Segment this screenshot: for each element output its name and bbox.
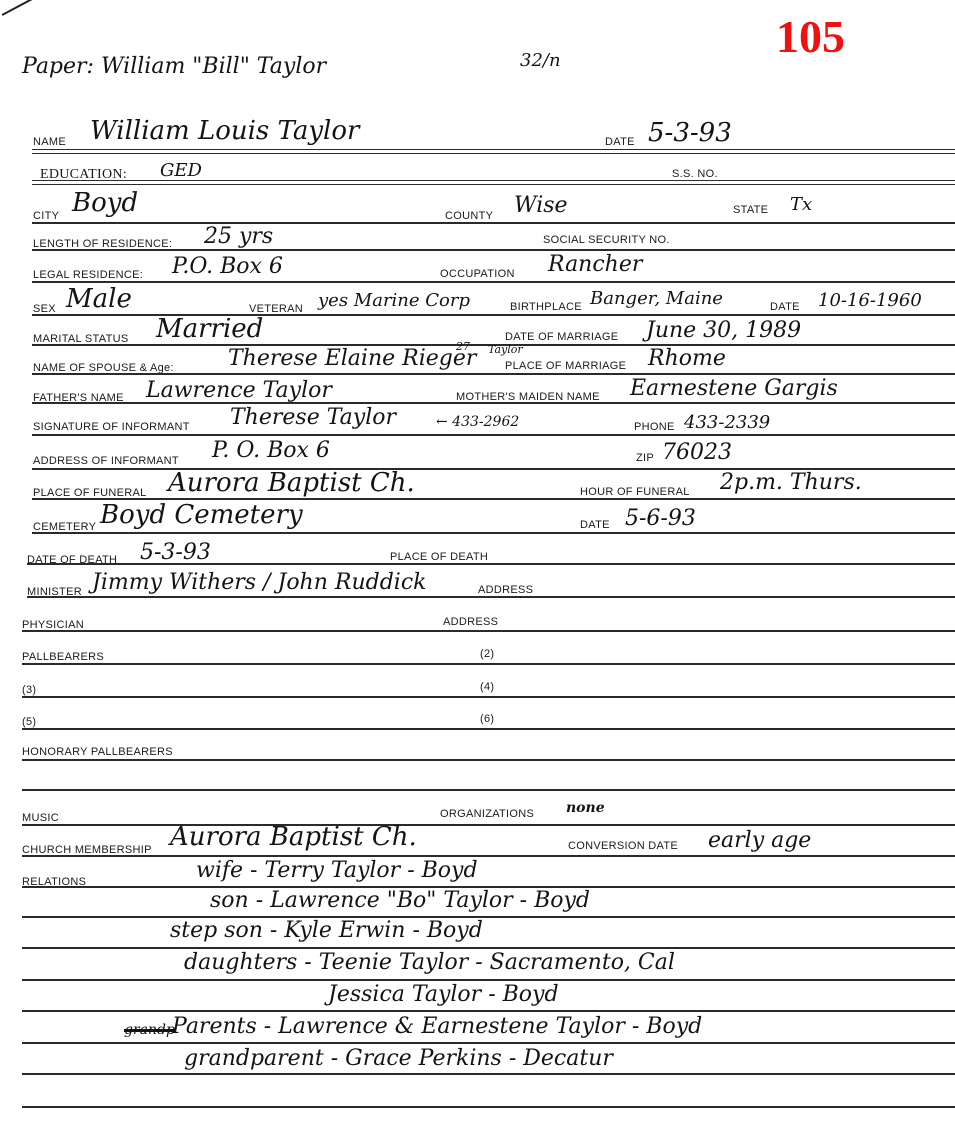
fathers-name-value: Lawrence Taylor — [146, 378, 332, 403]
length-of-residence-value: 25 yrs — [204, 224, 273, 249]
organizations-label: ORGANIZATIONS — [440, 808, 534, 820]
place-of-funeral-value: Aurora Baptist Ch. — [168, 468, 415, 498]
rule — [32, 149, 955, 150]
address-of-informant-label: ADDRESS OF INFORMANT — [33, 455, 179, 467]
date-of-death-value: 5-3-93 — [140, 540, 211, 565]
rule — [32, 180, 955, 181]
zip-label: ZIP — [636, 452, 654, 464]
rule — [32, 532, 955, 534]
rule — [32, 373, 955, 375]
county-label: COUNTY — [445, 210, 493, 222]
header-mark: 32/n — [520, 50, 561, 71]
conversion-date-label: CONVERSION DATE — [568, 840, 678, 852]
pallbearer-slot-3: (3) — [22, 684, 36, 696]
music-label: MUSIC — [22, 812, 59, 824]
birth-date-value: 10-16-1960 — [818, 290, 922, 311]
city-label: CITY — [33, 210, 59, 222]
rule — [22, 916, 955, 918]
funeral-date-label: DATE — [580, 519, 610, 531]
phone-value: 433-2339 — [684, 412, 770, 433]
signature-note: ← 433-2962 — [436, 414, 519, 430]
legal-residence-label: LEGAL RESIDENCE: — [33, 269, 143, 281]
legal-residence-value: P.O. Box 6 — [172, 254, 283, 279]
birth-date-label: DATE — [770, 301, 800, 313]
relation-struck-prefix: grandp — [124, 1022, 175, 1038]
rule — [22, 728, 955, 730]
relation-line: Jessica Taylor - Boyd — [328, 982, 559, 1007]
spouse-age: 27 — [456, 340, 470, 353]
county-value: Wise — [514, 193, 568, 218]
place-of-death-label: PLACE OF DEATH — [390, 551, 488, 563]
city-value: Boyd — [72, 188, 138, 218]
date-value: 5-3-93 — [648, 118, 732, 148]
conversion-date-value: early age — [708, 828, 811, 853]
pallbearer-slot-4: (4) — [480, 681, 494, 693]
date-of-marriage-label: DATE OF MARRIAGE — [505, 331, 618, 343]
corner-mark — [2, 0, 38, 15]
church-membership-value: Aurora Baptist Ch. — [170, 822, 417, 852]
place-of-marriage-value: Rhome — [648, 346, 726, 371]
rule — [27, 563, 955, 565]
relation-line: step son - Kyle Erwin - Boyd — [170, 918, 483, 943]
funeral-record-form: Paper: William "Bill" Taylor 32/n 105 NA… — [0, 0, 955, 1132]
rule — [22, 1042, 955, 1044]
rule — [32, 222, 955, 224]
rule — [32, 281, 955, 283]
rule — [22, 759, 955, 761]
zip-value: 76023 — [662, 440, 732, 465]
rule — [32, 402, 955, 404]
sex-value: Male — [66, 284, 132, 314]
header-note: Paper: William "Bill" Taylor — [22, 54, 326, 79]
pallbearer-slot-6: (6) — [480, 713, 494, 725]
spouse-note: Taylor — [488, 343, 523, 356]
spouse-value: Therese Elaine Rieger — [228, 346, 476, 371]
rule — [32, 434, 955, 436]
physician-address-label: ADDRESS — [443, 616, 498, 628]
honorary-pallbearers-label: HONORARY PALLBEARERS — [22, 746, 173, 758]
page-number: 105 — [776, 10, 845, 63]
funeral-date-value: 5-6-93 — [625, 506, 696, 531]
rule — [22, 855, 955, 857]
signature-value: Therese Taylor — [230, 405, 396, 430]
veteran-value: yes Marine Corp — [318, 290, 470, 311]
ss-no-label: S.S. NO. — [672, 168, 718, 180]
pallbearer-slot-5: (5) — [22, 716, 36, 728]
address-of-informant-value: P. O. Box 6 — [212, 438, 330, 463]
relation-line: son - Lawrence "Bo" Taylor - Boyd — [210, 888, 590, 913]
name-label: NAME — [33, 136, 66, 148]
name-value: William Louis Taylor — [90, 116, 359, 146]
hour-of-funeral-value: 2p.m. Thurs. — [720, 470, 862, 495]
minister-value: Jimmy Withers / John Ruddick — [92, 570, 426, 595]
rule — [22, 1010, 955, 1012]
rule — [32, 249, 955, 251]
relation-line: daughters - Teenie Taylor - Sacramento, … — [184, 950, 675, 975]
organizations-value: none — [566, 800, 605, 816]
rule — [22, 696, 955, 698]
rule — [27, 596, 955, 598]
date-label: DATE — [605, 136, 635, 148]
hour-of-funeral-label: HOUR OF FUNERAL — [580, 486, 690, 498]
rule — [22, 1106, 955, 1108]
relation-line: wife - Terry Taylor - Boyd — [196, 858, 478, 883]
relation-line: grandparent - Grace Perkins - Decatur — [184, 1046, 613, 1071]
cemetery-value: Boyd Cemetery — [100, 500, 303, 530]
occupation-label: OCCUPATION — [440, 268, 515, 280]
signature-label: SIGNATURE OF INFORMANT — [33, 421, 190, 433]
place-of-marriage-label: PLACE OF MARRIAGE — [505, 360, 626, 372]
education-value: GED — [160, 160, 202, 181]
birthplace-value: Banger, Maine — [590, 288, 723, 309]
rule — [22, 824, 955, 826]
state-label: STATE — [733, 204, 768, 216]
relation-line: Parents - Lawrence & Earnestene Taylor -… — [172, 1014, 702, 1039]
rule — [22, 789, 955, 791]
social-security-label: SOCIAL SECURITY NO. — [543, 234, 670, 246]
rule — [22, 1073, 955, 1075]
minister-address-label: ADDRESS — [478, 584, 533, 596]
birthplace-label: BIRTHPLACE — [510, 301, 582, 313]
occupation-value: Rancher — [548, 252, 642, 277]
rule — [22, 630, 955, 632]
pallbearers-label: PALLBEARERS — [22, 651, 104, 663]
state-value: Tx — [790, 194, 812, 215]
rule — [22, 947, 955, 949]
mothers-maiden-name-value: Earnestene Gargis — [630, 376, 838, 401]
rule — [22, 663, 955, 665]
phone-label: PHONE — [634, 421, 675, 433]
marital-status-value: Married — [156, 314, 263, 344]
pallbearer-slot-2: (2) — [480, 648, 494, 660]
date-of-marriage-value: June 30, 1989 — [646, 318, 801, 343]
rule — [22, 979, 955, 981]
